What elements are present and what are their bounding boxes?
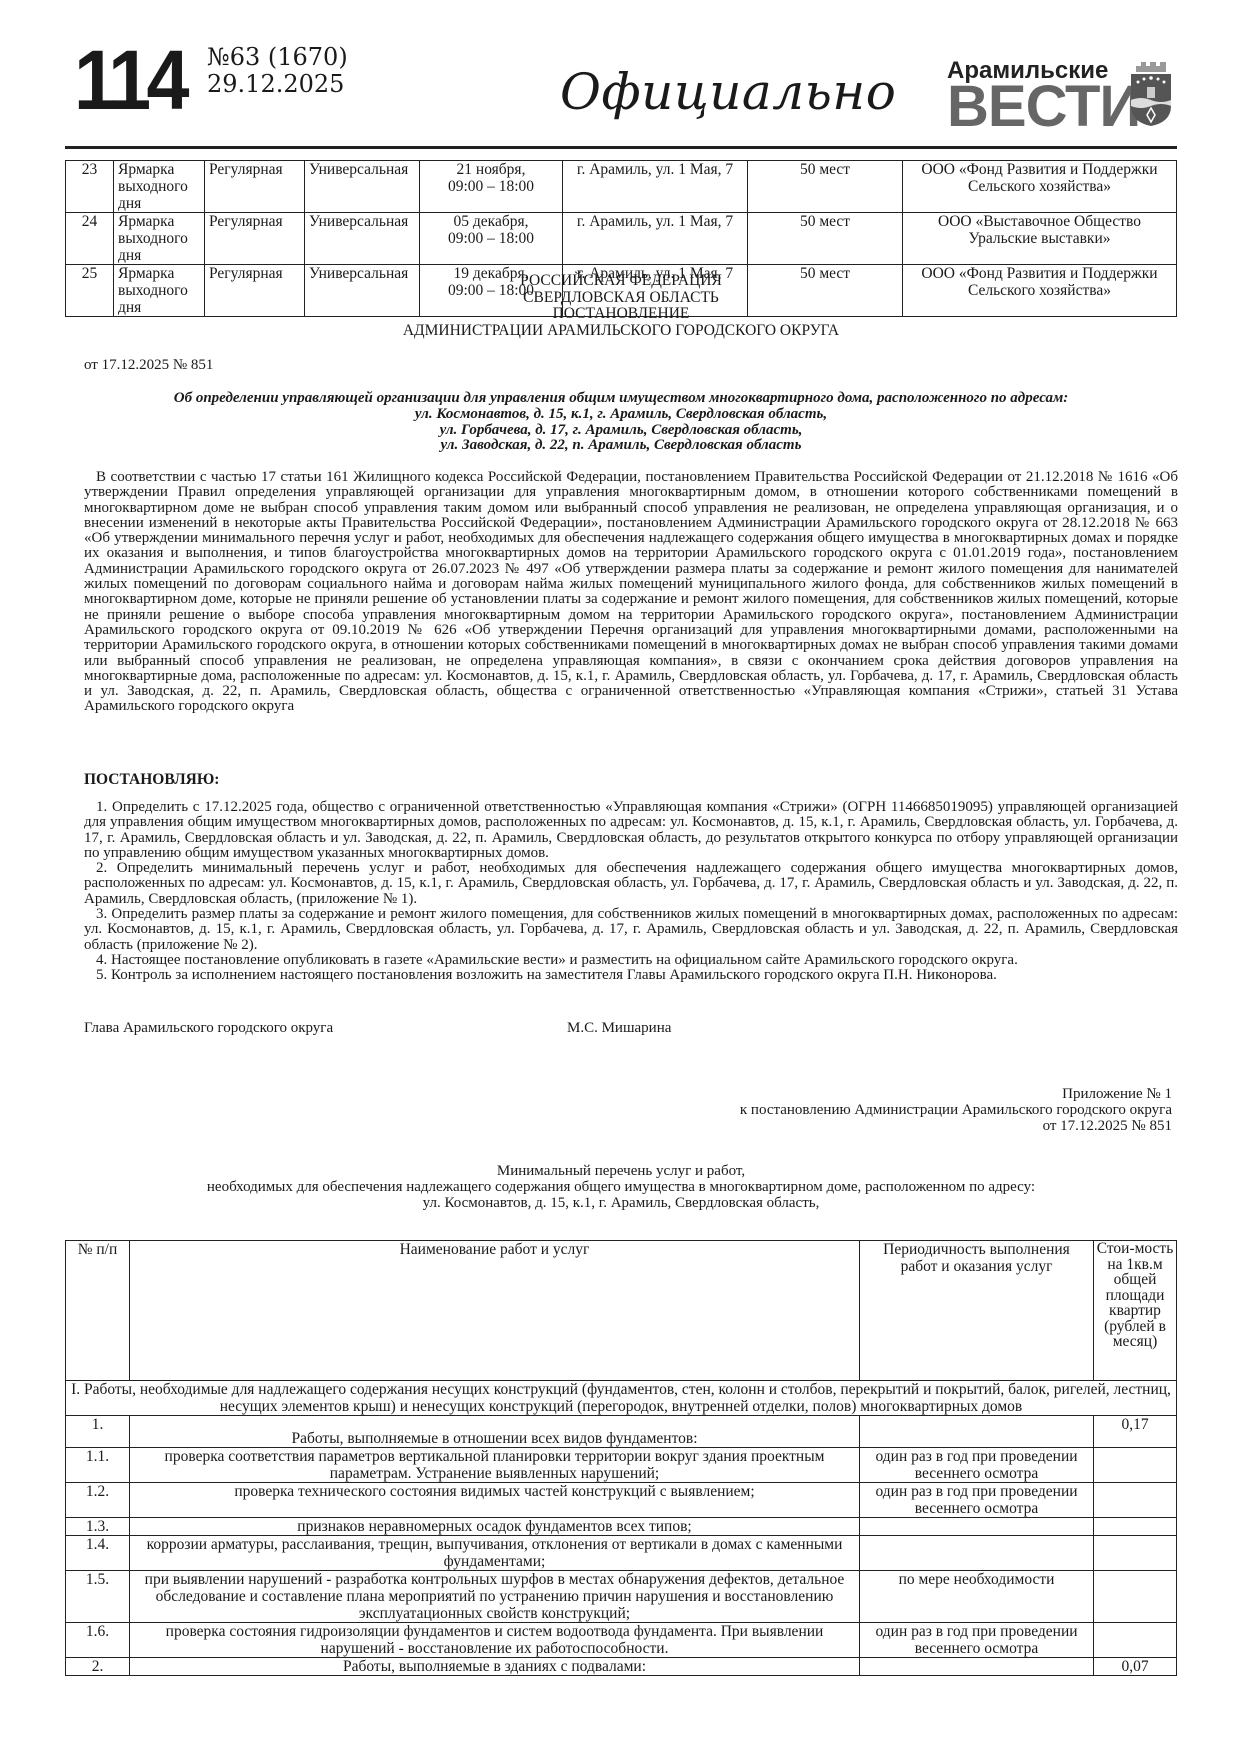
row-number: 1.4. <box>66 1536 130 1571</box>
decree-item: 5. Контроль за исполнением настоящего по… <box>84 968 1178 983</box>
fair-seats: 50 мест <box>748 213 903 265</box>
row-number: 1.2. <box>66 1483 130 1518</box>
fair-day: 21 ноября, <box>424 161 558 178</box>
coat-of-arms-icon <box>1128 60 1174 128</box>
header-period: Периодичность выполнения работ и оказани… <box>860 1241 1094 1381</box>
fair-organizer: ООО «Выставочное Общество Уральские выст… <box>903 213 1177 265</box>
header-cost: Стои-мость на 1кв.м общей площади кварти… <box>1094 1241 1177 1381</box>
title-line: ул. Космонавтов, д. 15, к.1, г. Арамиль,… <box>65 407 1177 423</box>
fair-number: 24 <box>66 213 114 265</box>
appendix-line: Приложение № 1 <box>600 1086 1172 1102</box>
decree-item: 4. Настоящее постановление опубликовать … <box>84 953 1178 968</box>
fair-row: 23Ярмарка выходного дняРегулярнаяУниверс… <box>66 161 1177 213</box>
works-table: № п/п Наименование работ и услуг Периоди… <box>65 1240 1177 1676</box>
section-title: Официально <box>560 62 896 122</box>
decree-item: 3. Определить размер платы за содержание… <box>84 907 1178 953</box>
fair-time: 09:00 – 18:00 <box>424 178 558 195</box>
appendix-reference: Приложение № 1 к постановлению Администр… <box>600 1086 1172 1134</box>
row-name: проверка соответствия параметров вертика… <box>130 1448 860 1483</box>
heading-line: АДМИНИСТРАЦИИ АРАМИЛЬСКОГО ГОРОДСКОГО ОК… <box>65 323 1177 340</box>
appendix-line: к постановлению Администрации Арамильско… <box>600 1102 1172 1118</box>
works-row: 1.1.проверка соответствия параметров вер… <box>66 1448 1177 1483</box>
logo-main-text: ВЕСТИ <box>947 82 1140 132</box>
decree-date-number: от 17.12.2025 № 851 <box>84 357 213 374</box>
row-name: коррозии арматуры, расслаивания, трещин,… <box>130 1536 860 1571</box>
row-name: проверка состояния гидроизоляции фундаме… <box>130 1623 860 1658</box>
row-number: 1.5. <box>66 1571 130 1623</box>
row-period: один раз в год при проведении весеннего … <box>860 1623 1094 1658</box>
appendix-title-line: Минимальный перечень услуг и работ, <box>65 1163 1177 1179</box>
heading-line: СВЕРДЛОВСКАЯ ОБЛАСТЬ <box>65 290 1177 307</box>
works-row: 1.Работы, выполняемые в отношении всех в… <box>66 1416 1177 1448</box>
row-cost: 0,17 <box>1094 1416 1177 1448</box>
title-line: ул. Горбачева, д. 17, г. Арамиль, Свердл… <box>65 423 1177 439</box>
appendix-title: Минимальный перечень услуг и работ, необ… <box>65 1163 1177 1211</box>
works-row: 1.3.признаков неравномерных осадок фунда… <box>66 1518 1177 1536</box>
row-cost: 0,07 <box>1094 1658 1177 1676</box>
fair-name: Ярмарка выходного дня <box>114 213 205 265</box>
row-number: 1.6. <box>66 1623 130 1658</box>
header-num: № п/п <box>66 1241 130 1381</box>
works-row: 1.4.коррозии арматуры, расслаивания, тре… <box>66 1536 1177 1571</box>
signature-name: М.С. Мишарина <box>567 1020 671 1037</box>
fair-type: Регулярная <box>205 161 305 213</box>
works-row: 1.5.при выявлении нарушений - разработка… <box>66 1571 1177 1623</box>
issue-date: 29.12.2025 <box>207 71 348 98</box>
row-period <box>860 1658 1094 1676</box>
fair-organizer: ООО «Фонд Развития и Поддержки Сельского… <box>903 161 1177 213</box>
fair-seats: 50 мест <box>748 161 903 213</box>
row-cost <box>1094 1571 1177 1623</box>
issue-info: №63 (1670) 29.12.2025 <box>207 44 348 98</box>
row-cost <box>1094 1536 1177 1571</box>
row-name: признаков неравномерных осадок фундамент… <box>130 1518 860 1536</box>
fair-date: 05 декабря,09:00 – 18:00 <box>420 213 563 265</box>
decree-heading: РОССИЙСКАЯ ФЕДЕРАЦИЯ СВЕРДЛОВСКАЯ ОБЛАСТ… <box>65 273 1177 339</box>
row-period: по мере необходимости <box>860 1571 1094 1623</box>
row-period <box>860 1536 1094 1571</box>
works-row: 1.2.проверка технического состояния види… <box>66 1483 1177 1518</box>
decree-items: 1. Определить с 17.12.2025 года, обществ… <box>84 800 1178 984</box>
appendix-title-line: ул. Космонавтов, д. 15, к.1, г. Арамиль,… <box>65 1195 1177 1211</box>
title-line: Об определении управляющей организации д… <box>65 391 1177 407</box>
row-period <box>860 1518 1094 1536</box>
section-row: I. Работы, необходимые для надлежащего с… <box>66 1381 1177 1416</box>
fair-specialization: Универсальная <box>305 213 420 265</box>
row-period: один раз в год при проведении весеннего … <box>860 1483 1094 1518</box>
fair-name: Ярмарка выходного дня <box>114 161 205 213</box>
row-name: Работы, выполняемые в зданиях с подвалам… <box>130 1658 860 1676</box>
decree-preamble: В соответствии с частью 17 статьи 161 Жи… <box>84 470 1178 715</box>
decree-item: 1. Определить с 17.12.2025 года, обществ… <box>84 800 1178 861</box>
signature-role: Глава Арамильского городского округа <box>84 1020 333 1037</box>
resolve-label: ПОСТАНОВЛЯЮ: <box>84 771 219 789</box>
fair-row: 24Ярмарка выходного дняРегулярнаяУниверс… <box>66 213 1177 265</box>
issue-number: №63 (1670) <box>207 44 348 71</box>
title-line: ул. Заводская, д. 22, п. Арамиль, Свердл… <box>65 438 1177 454</box>
fair-date: 21 ноября,09:00 – 18:00 <box>420 161 563 213</box>
row-cost <box>1094 1623 1177 1658</box>
works-row: 1.6.проверка состояния гидроизоляции фун… <box>66 1623 1177 1658</box>
row-number: 2. <box>66 1658 130 1676</box>
row-name: при выявлении нарушений - разработка кон… <box>130 1571 860 1623</box>
row-cost <box>1094 1518 1177 1536</box>
row-name: Работы, выполняемые в отношении всех вид… <box>130 1416 860 1448</box>
decree-title: Об определении управляющей организации д… <box>65 391 1177 454</box>
appendix-title-line: необходимых для обеспечения надлежащего … <box>65 1179 1177 1195</box>
decree-item: 2. Определить минимальный перечень услуг… <box>84 861 1178 907</box>
heading-line: ПОСТАНОВЛЕНИЕ <box>65 306 1177 323</box>
row-period: один раз в год при проведении весеннего … <box>860 1448 1094 1483</box>
fair-place: г. Арамиль, ул. 1 Мая, 7 <box>563 161 748 213</box>
row-number: 1.1. <box>66 1448 130 1483</box>
row-cost <box>1094 1483 1177 1518</box>
appendix-line: от 17.12.2025 № 851 <box>600 1118 1172 1134</box>
fair-number: 23 <box>66 161 114 213</box>
fair-type: Регулярная <box>205 213 305 265</box>
row-name: проверка технического состояния видимых … <box>130 1483 860 1518</box>
header-name: Наименование работ и услуг <box>130 1241 860 1381</box>
newspaper-logo: Арамильские ВЕСТИ <box>947 60 1140 132</box>
fair-time: 09:00 – 18:00 <box>424 230 558 247</box>
heading-line: РОССИЙСКАЯ ФЕДЕРАЦИЯ <box>65 273 1177 290</box>
row-number: 1.3. <box>66 1518 130 1536</box>
page-number: 114 <box>74 38 185 122</box>
row-cost <box>1094 1448 1177 1483</box>
fair-specialization: Универсальная <box>305 161 420 213</box>
fair-day: 05 декабря, <box>424 213 558 230</box>
header-rule <box>65 146 1177 149</box>
row-number: 1. <box>66 1416 130 1448</box>
works-row: 2.Работы, выполняемые в зданиях с подвал… <box>66 1658 1177 1676</box>
fair-place: г. Арамиль, ул. 1 Мая, 7 <box>563 213 748 265</box>
row-period <box>860 1416 1094 1448</box>
